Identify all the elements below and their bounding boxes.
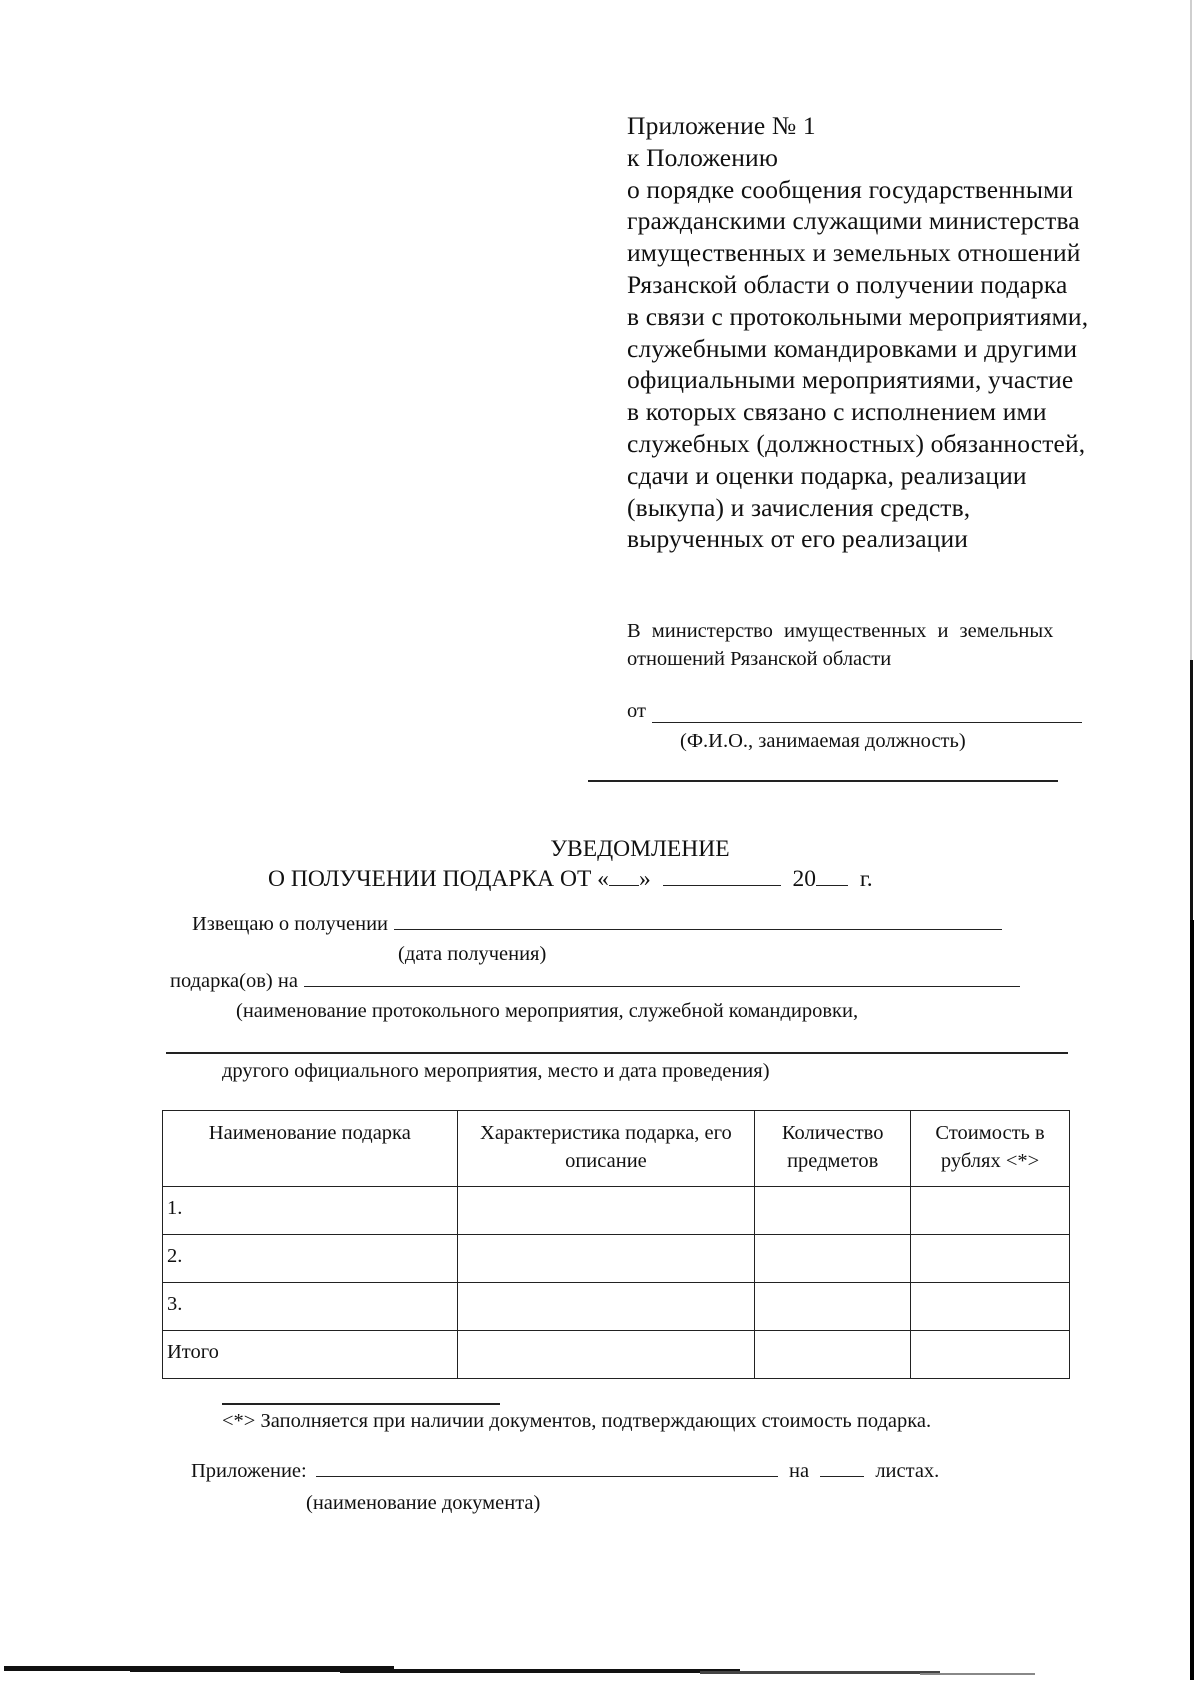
appendix-line: в которых связано с исполнением ими — [627, 396, 1088, 428]
attachment-caption: (наименование документа) — [306, 1492, 540, 1515]
addressee-line-2: отношений Рязанской области — [627, 645, 1053, 673]
event-caption-1: (наименование протокольного мероприятия,… — [236, 1000, 858, 1023]
total-quantity-cell[interactable] — [755, 1331, 911, 1379]
header-gift-description: Характеристика подарка, его описание — [457, 1111, 755, 1187]
header-cost: Стоимость в рублях <*> — [911, 1111, 1070, 1187]
scan-edge-right — [1190, 920, 1194, 1680]
appendix-line: в связи с протокольными мероприятиями, — [627, 301, 1088, 333]
receipt-caption: (дата получения) — [398, 943, 546, 966]
from-row: от — [627, 700, 1082, 723]
from-name-field[interactable] — [652, 704, 1082, 723]
cost-cell[interactable] — [911, 1283, 1070, 1331]
scan-edge-bottom — [700, 1671, 940, 1674]
table-row: 1. — [163, 1187, 1070, 1235]
document-subtitle: О ПОЛУЧЕНИИ ПОДАРКА ОТ «» 20 г. — [268, 866, 873, 893]
appendix-line: гражданскими служащими министерства — [627, 205, 1088, 237]
event-field[interactable] — [304, 970, 1020, 987]
footnote-divider — [222, 1403, 500, 1405]
appendix-line: официальными мероприятиями, участие — [627, 364, 1088, 396]
header-gift-name: Наименование подарка — [163, 1111, 458, 1187]
appendix-header: Приложение № 1 к Положению о порядке соо… — [627, 110, 1088, 555]
addressee-line-1: В министерство имущественных и земельных — [627, 617, 1053, 645]
sheet-count-field[interactable] — [820, 1460, 864, 1477]
row-label[interactable]: 3. — [163, 1283, 458, 1331]
month-field[interactable] — [663, 867, 781, 886]
total-label: Итого — [163, 1331, 458, 1379]
receipt-date-field[interactable] — [394, 913, 1002, 930]
row-label[interactable]: 1. — [163, 1187, 458, 1235]
subtitle-year-prefix: 20 — [792, 866, 816, 892]
attachment-row: Приложение: на листах. — [191, 1460, 939, 1483]
gift-description-cell[interactable] — [457, 1235, 755, 1283]
from-extra-field[interactable] — [588, 780, 1058, 782]
appendix-line: сдачи и оценки подарка, реализации — [627, 460, 1088, 492]
day-field[interactable] — [609, 867, 639, 886]
gift-event-row: подарка(ов) на — [170, 970, 1020, 993]
appendix-line: о порядке сообщения государственными — [627, 174, 1088, 206]
table-total-row: Итого — [163, 1331, 1070, 1379]
table-header-row: Наименование подарка Характеристика пода… — [163, 1111, 1070, 1187]
event-continuation-field[interactable] — [166, 1052, 1068, 1054]
quantity-cell[interactable] — [755, 1187, 911, 1235]
subtitle-prefix: О ПОЛУЧЕНИИ ПОДАРКА ОТ « — [268, 866, 609, 892]
year-field[interactable] — [816, 867, 848, 886]
cost-cell[interactable] — [911, 1187, 1070, 1235]
scan-edge-bottom — [130, 1668, 360, 1672]
appendix-line: (выкупа) и зачисления средств, — [627, 492, 1088, 524]
scan-edge-bottom — [920, 1673, 1035, 1675]
attachment-label: Приложение: — [191, 1460, 307, 1482]
attachment-on-label: на — [789, 1460, 809, 1482]
receipt-label: Извещаю о получении — [192, 913, 388, 935]
appendix-line: Рязанской области о получении подарка — [627, 269, 1088, 301]
document-title: УВЕДОМЛЕНИЕ — [0, 836, 1200, 863]
table-row: 2. — [163, 1235, 1070, 1283]
header-quantity: Количество предметов — [755, 1111, 911, 1187]
gift-label: подарка(ов) на — [170, 970, 298, 992]
event-caption-2: другого официального мероприятия, место … — [222, 1060, 770, 1083]
attachment-sheets-label: листах. — [875, 1460, 939, 1482]
quantity-cell[interactable] — [755, 1235, 911, 1283]
footnote: <*> Заполняется при наличии документов, … — [222, 1410, 931, 1433]
appendix-line: служебными командировками и другими — [627, 333, 1088, 365]
total-description-cell[interactable] — [457, 1331, 755, 1379]
appendix-line: имущественных и земельных отношений — [627, 237, 1088, 269]
table-row: 3. — [163, 1283, 1070, 1331]
attachment-name-field[interactable] — [316, 1460, 778, 1477]
gift-description-cell[interactable] — [457, 1283, 755, 1331]
quantity-cell[interactable] — [755, 1283, 911, 1331]
addressee-block: В министерство имущественных и земельных… — [627, 617, 1053, 673]
from-caption: (Ф.И.О., занимаемая должность) — [680, 730, 966, 753]
row-label[interactable]: 2. — [163, 1235, 458, 1283]
from-label: от — [627, 700, 646, 722]
gift-description-cell[interactable] — [457, 1187, 755, 1235]
subtitle-quote-close: » — [639, 866, 651, 892]
appendix-title: Приложение № 1 — [627, 110, 1088, 142]
cost-cell[interactable] — [911, 1235, 1070, 1283]
gift-table: Наименование подарка Характеристика пода… — [162, 1110, 1070, 1379]
scan-edge-bottom — [340, 1669, 740, 1673]
receipt-row: Извещаю о получении — [192, 913, 1002, 936]
total-cost-cell[interactable] — [911, 1331, 1070, 1379]
subtitle-suffix: г. — [860, 866, 873, 892]
appendix-line: служебных (должностных) обязанностей, — [627, 428, 1088, 460]
appendix-line: к Положению — [627, 142, 1088, 174]
appendix-line: вырученных от его реализации — [627, 523, 1088, 555]
